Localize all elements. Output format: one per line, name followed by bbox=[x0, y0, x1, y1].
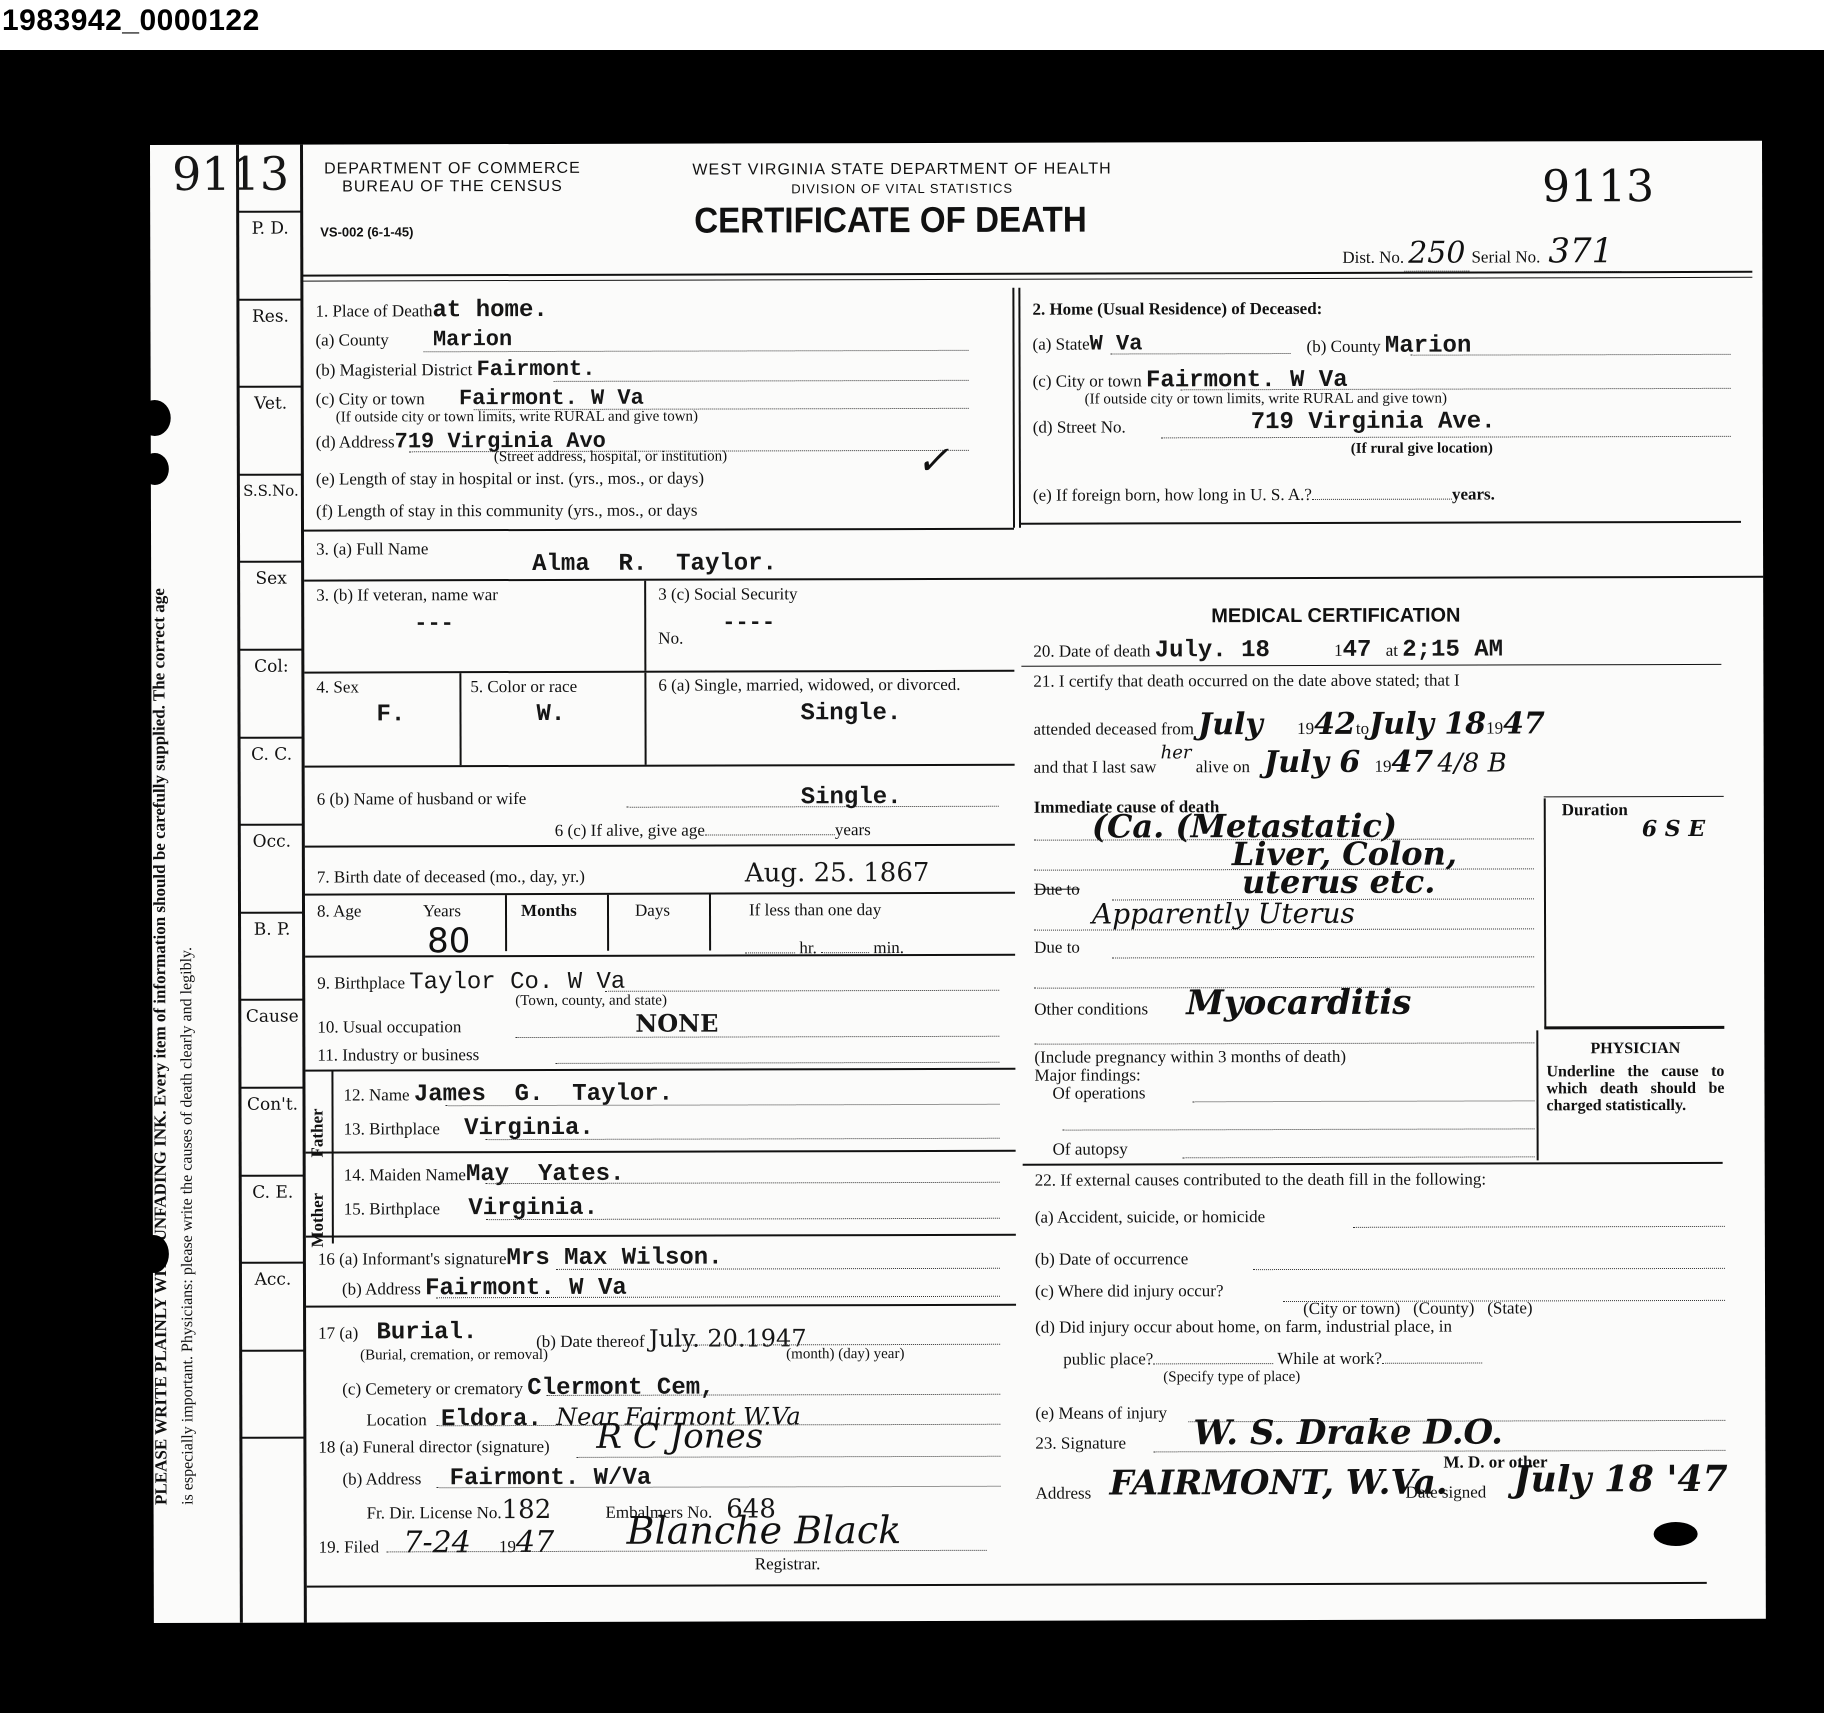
margin-box-res: Res. bbox=[238, 298, 302, 326]
filed-date-value: 7-24 bbox=[403, 1525, 470, 1560]
margin-box-col: Col: bbox=[239, 649, 303, 677]
margin-box-blank-1 bbox=[241, 1349, 305, 1351]
header: DEPARTMENT OF COMMERCE BUREAU OF THE CEN… bbox=[302, 141, 1762, 290]
ink-blot bbox=[139, 400, 171, 436]
location-value: Eldora. bbox=[441, 1406, 542, 1433]
margin-box-pd: P. D. bbox=[238, 211, 302, 239]
checkmark: ✓ bbox=[916, 438, 950, 484]
left-margin: PLEASE WRITE PLAINLY WITH UNFADING INK. … bbox=[150, 145, 306, 1623]
death-district-value: Fairmont. bbox=[477, 357, 596, 382]
dist-serial: Dist. No.250Serial No.371 bbox=[1342, 231, 1621, 272]
race-value: W. bbox=[536, 701, 565, 728]
due-to-value: Apparently Uterus bbox=[1092, 897, 1355, 931]
cemetery-value: Clermont Cem, bbox=[527, 1375, 714, 1402]
margin-box-bp: B. P. bbox=[240, 911, 304, 939]
certifier-address: FAIRMONT, W.Va. bbox=[1109, 1463, 1447, 1504]
attended-to-year: 47 bbox=[1503, 706, 1545, 741]
margin-box-vet: Vet. bbox=[239, 386, 303, 414]
right-column: 2. Home (Usual Residence) of Deceased: (… bbox=[1020, 286, 1763, 1621]
margin-box-cont: Con't. bbox=[240, 1087, 304, 1115]
birth-date-value: Aug. 25. 1867 bbox=[745, 858, 930, 888]
margin-box-ssno: S.S.No. bbox=[239, 473, 303, 499]
cert-number-left: 9113 bbox=[172, 147, 289, 201]
immediate-cause-line-3: uterus etc. bbox=[1242, 863, 1436, 902]
funeral-director-signature: R C Jones bbox=[596, 1416, 763, 1456]
margin-box-blank-2 bbox=[241, 1437, 305, 1439]
residence-county-value: Marion bbox=[1385, 333, 1471, 360]
burial-date-value: July. 20.1947 bbox=[649, 1324, 807, 1352]
medical-heading: MEDICAL CERTIFICATION bbox=[1211, 605, 1460, 629]
marital-value: Single. bbox=[800, 700, 901, 727]
ink-blot bbox=[141, 453, 169, 485]
certifier-signature: W. S. Drake D.O. bbox=[1193, 1412, 1503, 1453]
margin-box-cause: Cause bbox=[240, 999, 304, 1027]
serial-number: 371 bbox=[1540, 231, 1621, 272]
page-title: CERTIFICATE OF DEATH bbox=[694, 199, 1087, 242]
mother-tag: Mother bbox=[308, 1193, 328, 1248]
sex-value: F. bbox=[376, 701, 405, 728]
death-city-value: Fairmont. W Va bbox=[459, 386, 644, 411]
death-certificate: PLEASE WRITE PLAINLY WITH UNFADING INK. … bbox=[150, 141, 1766, 1623]
attended-from-year: 42 bbox=[1314, 707, 1356, 742]
cert-number-right: 9113 bbox=[1542, 161, 1654, 212]
ink-stamp bbox=[1654, 1522, 1698, 1546]
last-saw-extra: 4/8 B bbox=[1437, 748, 1506, 778]
duration-value: 6 S E bbox=[1642, 816, 1705, 842]
instruction-text-2: is especially important. Physicians: ple… bbox=[178, 947, 197, 1505]
state-dept: WEST VIRGINIA STATE DEPARTMENT OF HEALTH… bbox=[672, 160, 1132, 196]
burial-method-value: Burial. bbox=[376, 1319, 477, 1346]
ss-value: ---- bbox=[722, 610, 775, 635]
filed-year-value: 47 bbox=[516, 1525, 554, 1560]
death-date-value: July. 18 bbox=[1155, 637, 1270, 664]
instruction-text-1: PLEASE WRITE PLAINLY WITH UNFADING INK. … bbox=[149, 588, 171, 1505]
father-tag: Father bbox=[308, 1108, 328, 1157]
attended-from-value: July bbox=[1198, 707, 1263, 742]
license-value: 182 bbox=[502, 1495, 552, 1525]
death-time-value: 2;15 AM bbox=[1402, 636, 1503, 663]
spouse-value: Single. bbox=[801, 784, 902, 811]
death-county-value: Marion bbox=[433, 327, 512, 352]
margin-box-ce: C. E. bbox=[241, 1174, 305, 1202]
other-conditions-value: Myocarditis bbox=[1186, 983, 1411, 1024]
title-strip: 1983942_0000122 bbox=[0, 0, 1824, 50]
ink-blot bbox=[139, 1235, 169, 1273]
left-column: 1. Place of Deathat home. (a) County Mar… bbox=[303, 288, 1016, 1623]
physician-note: PHYSICIAN Underline the cause to which d… bbox=[1546, 1040, 1724, 1114]
last-saw-year: 47 bbox=[1391, 745, 1433, 780]
document-id: 1983942_0000122 bbox=[2, 4, 260, 38]
form-code: VS-002 (6-1-45) bbox=[320, 224, 413, 239]
margin-box-sex: Sex bbox=[239, 561, 303, 589]
margin-box-cc: C. C. bbox=[240, 736, 304, 764]
residence-street-value: 719 Virginia Ave. bbox=[1251, 408, 1496, 436]
dist-number: 250 bbox=[1404, 236, 1469, 272]
dept-commerce: DEPARTMENT OF COMMERCE BUREAU OF THE CEN… bbox=[324, 160, 581, 197]
date-signed-value: July 18 '47 bbox=[1513, 1458, 1727, 1501]
occupation-value: NONE bbox=[635, 1009, 718, 1038]
full-name-value: Alma R. Taylor. bbox=[532, 550, 777, 578]
veteran-value: --- bbox=[414, 611, 454, 636]
last-saw-date: July 6 bbox=[1264, 745, 1360, 780]
attended-to-value: July 18 bbox=[1369, 707, 1486, 742]
death-year-value: 47 bbox=[1343, 637, 1372, 664]
place-of-death-value: at home. bbox=[432, 297, 547, 324]
registrar-signature: Blanche Black bbox=[627, 1508, 902, 1553]
margin-box-acc: Acc. bbox=[241, 1262, 305, 1290]
margin-box-occ: Occ. bbox=[240, 824, 304, 852]
last-saw-pronoun: her bbox=[1161, 742, 1192, 763]
